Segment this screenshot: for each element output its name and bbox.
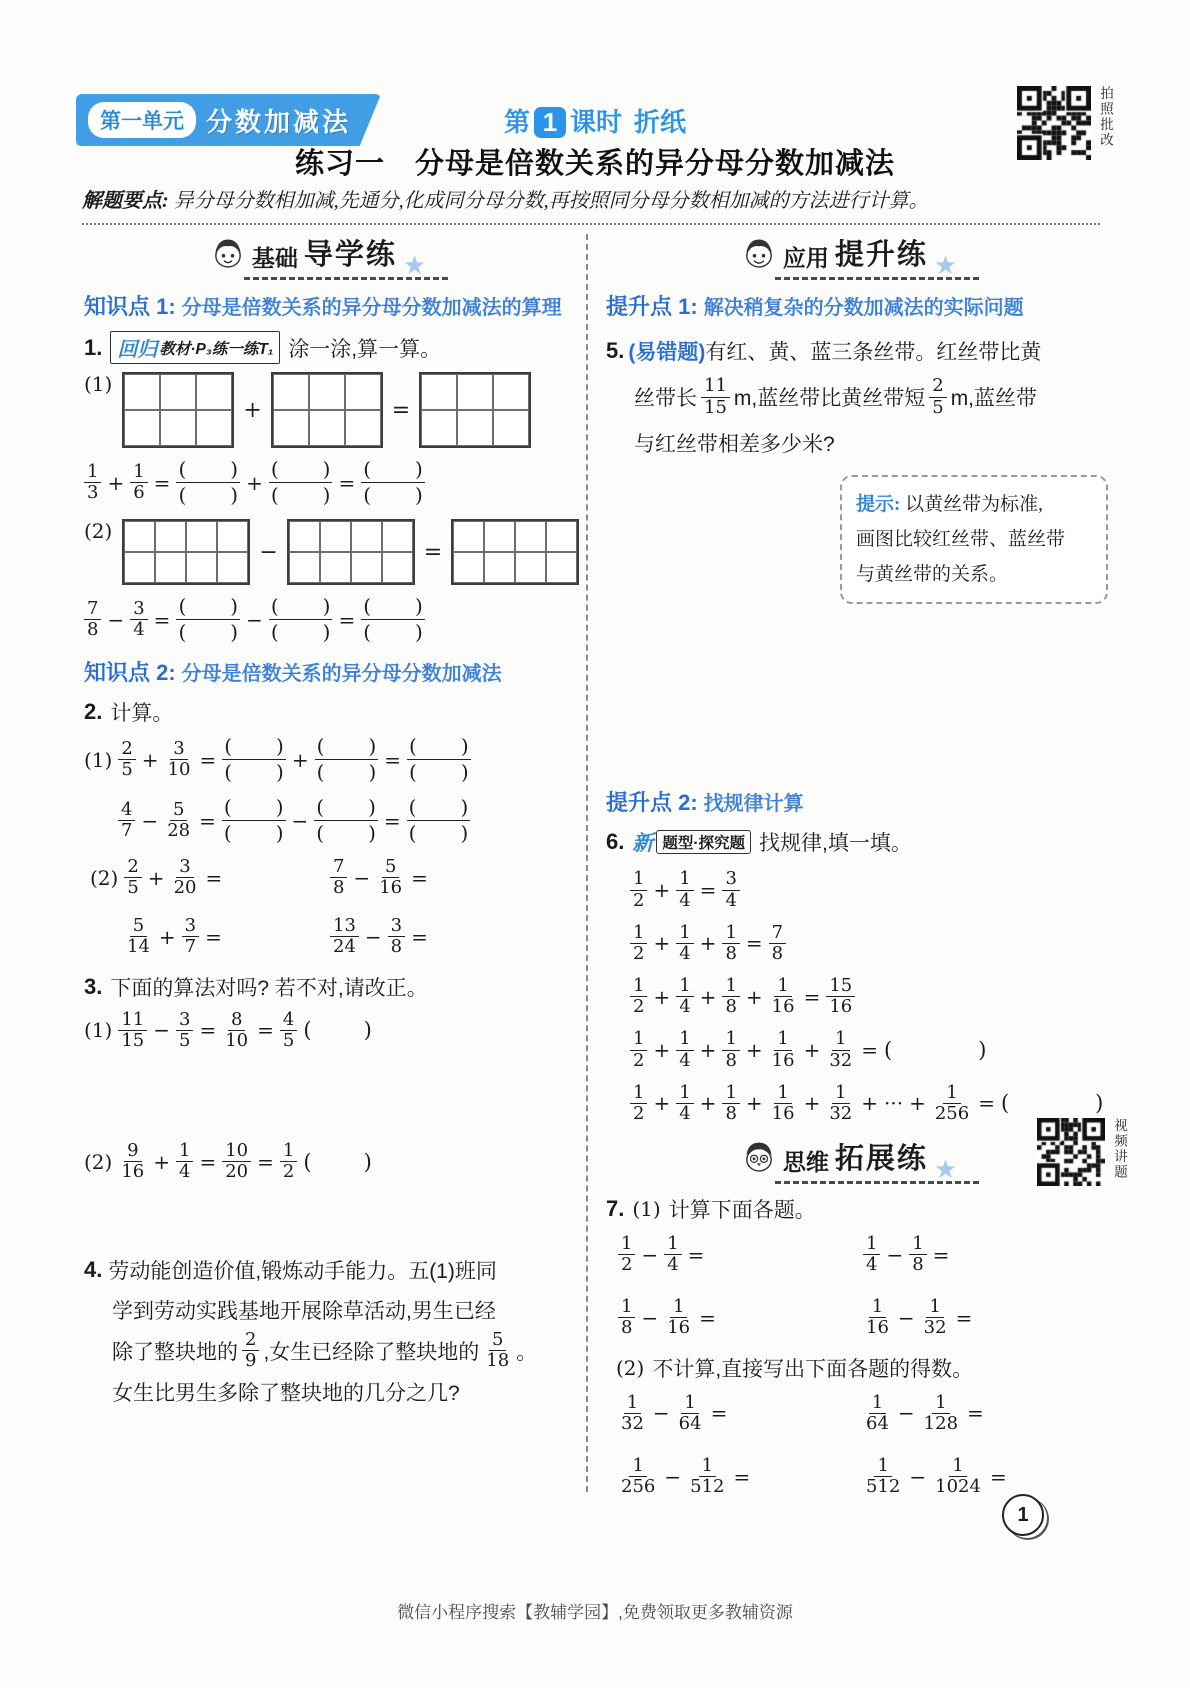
question-7-part2: 132−164= 164−1128= 1256−1512= 1512−11024…	[618, 1393, 1108, 1498]
section-title-light: 应用	[783, 240, 829, 273]
question-number: 3.	[84, 974, 102, 1000]
question-4-line: 除了整块地的29,女生已经除了整块地的518。	[112, 1330, 568, 1371]
equation[interactable]: 164−1128=	[863, 1393, 1108, 1434]
left-column: 基础 导学练 ★ 知识点 1: 分母是倍数关系的异分母分数加减法的算理 1. 回…	[84, 232, 568, 1412]
section-title-bold: 导学练	[304, 232, 397, 273]
question-1-part2-grids: (2) − =	[84, 519, 568, 585]
page-number-value: 1	[1017, 1504, 1028, 1527]
section-title-light: 思维	[783, 1144, 829, 1177]
footer-note: 微信小程序搜索【教辅学园】,免费领取更多教辅资源	[0, 1598, 1190, 1623]
question-2-head: 2. 计算。	[84, 697, 568, 727]
equation[interactable]: 132−164=	[618, 1393, 863, 1434]
video-explain-qr-label: 视频讲题	[1111, 1118, 1126, 1180]
page-number: 1	[1002, 1494, 1044, 1536]
equation[interactable]: 78−516=	[330, 857, 568, 898]
question-6-head: 6. 新 题型·探究题 找规律,填一填。	[606, 827, 1108, 857]
textbook-ref-badge: 回归 教材·P₃练一练T₁	[110, 331, 280, 364]
badge-ref-text: 教材·P₃练一练T₁	[159, 337, 273, 359]
equation[interactable]: (2)25+320=	[90, 857, 330, 898]
equation[interactable]: 14−18=	[863, 1234, 1108, 1275]
question-line-text: 劳动能创造价值,锻炼动手能力。五(1)班同	[108, 1255, 497, 1285]
answer-space	[84, 1063, 568, 1133]
boy-mascot-icon	[210, 233, 246, 273]
part-label: (2)	[84, 519, 112, 543]
column-divider	[586, 234, 588, 1492]
photo-grading-qr-label: 拍照批改	[1097, 86, 1112, 148]
equation[interactable]: (1)1115−35=810=45()	[84, 1010, 568, 1051]
boost-point-label: 提升点 1:	[606, 290, 698, 321]
video-explain-qr-block: 视频讲题	[1037, 1118, 1126, 1186]
badge-new-label: 新	[632, 827, 653, 857]
operator: =	[422, 540, 444, 565]
question-text: 计算。	[110, 697, 173, 727]
question-1-head: 1. 回归 教材·P₃练一练T₁ 涂一涂,算一算。	[84, 331, 568, 364]
section-application-practice: 应用 提升练 ★	[741, 232, 973, 280]
equation[interactable]: (1)25+310=()()+()()=()()	[84, 735, 568, 784]
knowledge-point-1: 知识点 1: 分母是倍数关系的异分母分数加减法的算理	[84, 290, 568, 321]
answer-space	[606, 604, 1108, 784]
new-type-badge: 新 题型·探究题	[632, 827, 751, 857]
knowledge-point-text: 分母是倍数关系的异分母分数加减法的算理	[182, 291, 562, 320]
question-5-line: 与红丝带相差多少米?	[634, 423, 1108, 463]
operator: +	[241, 398, 263, 423]
hint-box: 提示: 以黄丝带为标准, 画图比较红丝带、蓝丝带 与黄丝带的关系。	[840, 475, 1108, 604]
equation: 12+14+18+116=1516	[630, 976, 1108, 1017]
sub-question-label: (1)	[632, 1197, 660, 1221]
owl-mascot-icon	[741, 1137, 777, 1177]
question-text: 找规律,填一填。	[759, 827, 912, 857]
equation: 12+14=34	[630, 869, 1108, 910]
boy-mascot-icon	[741, 233, 777, 273]
lesson-suffix: 课时	[570, 107, 622, 137]
question-3-head: 3. 下面的算法对吗? 若不对,请改正。	[84, 972, 568, 1002]
boost-point-1: 提升点 1: 解决稍复杂的分数加减法的实际问题	[606, 290, 1108, 321]
keypoint-label: 解题要点:	[82, 190, 169, 212]
lesson-number-badge: 1	[534, 107, 566, 138]
question-4-line: 学到劳动实践基地开展除草活动,男生已经	[112, 1290, 568, 1330]
lesson-prefix: 第	[504, 107, 530, 137]
boost-point-label: 提升点 2:	[606, 786, 698, 817]
knowledge-point-label: 知识点 1:	[84, 290, 176, 321]
knowledge-point-label: 知识点 2:	[84, 656, 176, 687]
fraction-grid[interactable]	[451, 519, 579, 585]
question-5: 5. (易错题) 有红、黄、蓝三条丝带。红丝带比黄 丝带长1115m,蓝丝带比黄…	[606, 331, 1108, 463]
knowledge-point-2: 知识点 2: 分母是倍数关系的异分母分数加减法	[84, 656, 568, 687]
equation[interactable]: 12−14=	[618, 1234, 863, 1275]
question-number: 4.	[84, 1257, 102, 1283]
operator: =	[390, 398, 412, 423]
question-7-part2-head: (2) 不计算,直接写出下面各题的得数。	[606, 1353, 1108, 1383]
question-5-line: 丝带长1115m,蓝丝带比黄丝带短25m,蓝丝带	[634, 371, 1108, 423]
section-title-bold: 拓展练	[835, 1136, 928, 1177]
question-number: 7.	[606, 1196, 624, 1222]
equation[interactable]: 78−34=()()−()()=()()	[84, 595, 568, 644]
question-text: 涂一涂,算一算。	[288, 333, 441, 363]
question-4-line: 4. 劳动能创造价值,锻炼动手能力。五(1)班同	[84, 1250, 568, 1290]
operator: −	[257, 540, 279, 565]
star-icon: ★	[403, 250, 426, 281]
section-thinking-practice-wrap: 思维 拓展练 ★ 视频讲题	[606, 1136, 1108, 1184]
worksheet-page: 第一单元 分数加减法 第1课时折纸 拍照批改 练习一 分母是倍数关系的异分母分数…	[0, 0, 1190, 1688]
knowledge-point-text: 分母是倍数关系的异分母分数加减法	[182, 657, 502, 686]
equation[interactable]: 12+14+18+116+132=()	[630, 1029, 1108, 1070]
boost-point-text: 找规律计算	[704, 787, 804, 816]
badge-type-text: 题型·探究题	[656, 830, 751, 854]
star-icon: ★	[934, 250, 957, 281]
question-line-text: 有红、黄、蓝三条丝带。红丝带比黄	[705, 336, 1041, 366]
question-text: 计算下面各题。	[669, 1194, 816, 1224]
star-icon: ★	[934, 1154, 957, 1185]
section-basic-practice: 基础 导学练 ★	[210, 232, 442, 280]
section-title-bold: 提升练	[835, 232, 928, 273]
question-number: 6.	[606, 829, 624, 855]
fraction-grid[interactable]	[271, 372, 383, 448]
hint-label: 提示:	[856, 494, 900, 515]
lesson-title: 第1课时折纸	[0, 102, 1190, 139]
question-1-part1-grids: (1) + =	[84, 372, 568, 448]
equation[interactable]: 18−116=	[618, 1297, 863, 1338]
part-label: (1)	[84, 372, 112, 396]
equation[interactable]: 13+16=()()+()()=()()	[84, 458, 568, 507]
question-4-line: 女生比男生多除了整块地的几分之几?	[112, 1372, 568, 1412]
question-number: 5.	[606, 338, 624, 364]
equation[interactable]: 1324−38=	[330, 916, 568, 957]
hint-line: 以黄丝带为标准,	[905, 494, 1043, 515]
equation[interactable]: 116−132=	[863, 1297, 1108, 1338]
fraction-grid[interactable]	[122, 372, 234, 448]
fraction-grid[interactable]	[419, 372, 531, 448]
error-prone-tag: (易错题)	[628, 336, 705, 366]
solution-keypoint: 解题要点: 异分母分数相加减,先通分,化成同分母分数,再按照同分母分数相加减的方…	[82, 184, 1100, 225]
keypoint-text: 异分母分数相加减,先通分,化成同分母分数,再按照同分母分数相加减的方法进行计算。	[174, 190, 929, 212]
hint-line: 画图比较红丝带、蓝丝带	[856, 529, 1065, 550]
section-title-light: 基础	[252, 240, 298, 273]
question-number: 1.	[84, 335, 102, 361]
question-2-part2: (2)25+320= 78−516= 514+37= 1324−38=	[90, 857, 568, 958]
video-explain-qr-code[interactable]	[1037, 1118, 1105, 1186]
boost-point-2: 提升点 2: 找规律计算	[606, 786, 1108, 817]
badge-return-label: 回归	[117, 333, 157, 362]
question-7-part1: 12−14= 14−18= 18−116= 116−132=	[618, 1234, 1108, 1339]
equation: 12+14+18=78	[630, 923, 1108, 964]
page-title: 练习一 分母是倍数关系的异分母分数加减法	[0, 141, 1190, 182]
equation[interactable]: (2)916+14=1020=12()	[84, 1141, 568, 1182]
question-7-head: 7. (1) 计算下面各题。	[606, 1194, 1108, 1224]
equation[interactable]: 1256−1512=	[618, 1456, 863, 1497]
equation[interactable]: 514+37=	[124, 916, 330, 957]
question-text: 不计算,直接写出下面各题的得数。	[652, 1353, 973, 1383]
question-text: 下面的算法对吗? 若不对,请改正。	[110, 972, 427, 1002]
hint-line: 与黄丝带的关系。	[856, 564, 1008, 585]
answer-space	[84, 1194, 568, 1250]
question-6-rows: 12+14=34 12+14+18=78 12+14+18+116=1516 1…	[606, 869, 1108, 1124]
sub-question-label: (2)	[616, 1356, 644, 1380]
question-number: 2.	[84, 699, 102, 725]
right-column: 应用 提升练 ★ 提升点 1: 解决稍复杂的分数加减法的实际问题 5. (易错题…	[606, 232, 1108, 1511]
question-5-line: 5. (易错题) 有红、黄、蓝三条丝带。红丝带比黄	[606, 331, 1108, 371]
equation[interactable]: 1512−11024=	[863, 1456, 1108, 1497]
equation[interactable]: 47−528=()()−()()=()()	[118, 796, 568, 845]
fraction-grid[interactable]	[287, 519, 415, 585]
section-thinking-practice: 思维 拓展练 ★	[741, 1136, 973, 1184]
lesson-topic: 折纸	[634, 107, 686, 137]
question-4: 4. 劳动能创造价值,锻炼动手能力。五(1)班同 学到劳动实践基地开展除草活动,…	[84, 1250, 568, 1411]
boost-point-text: 解决稍复杂的分数加减法的实际问题	[704, 291, 1024, 320]
fraction-grid[interactable]	[122, 519, 250, 585]
